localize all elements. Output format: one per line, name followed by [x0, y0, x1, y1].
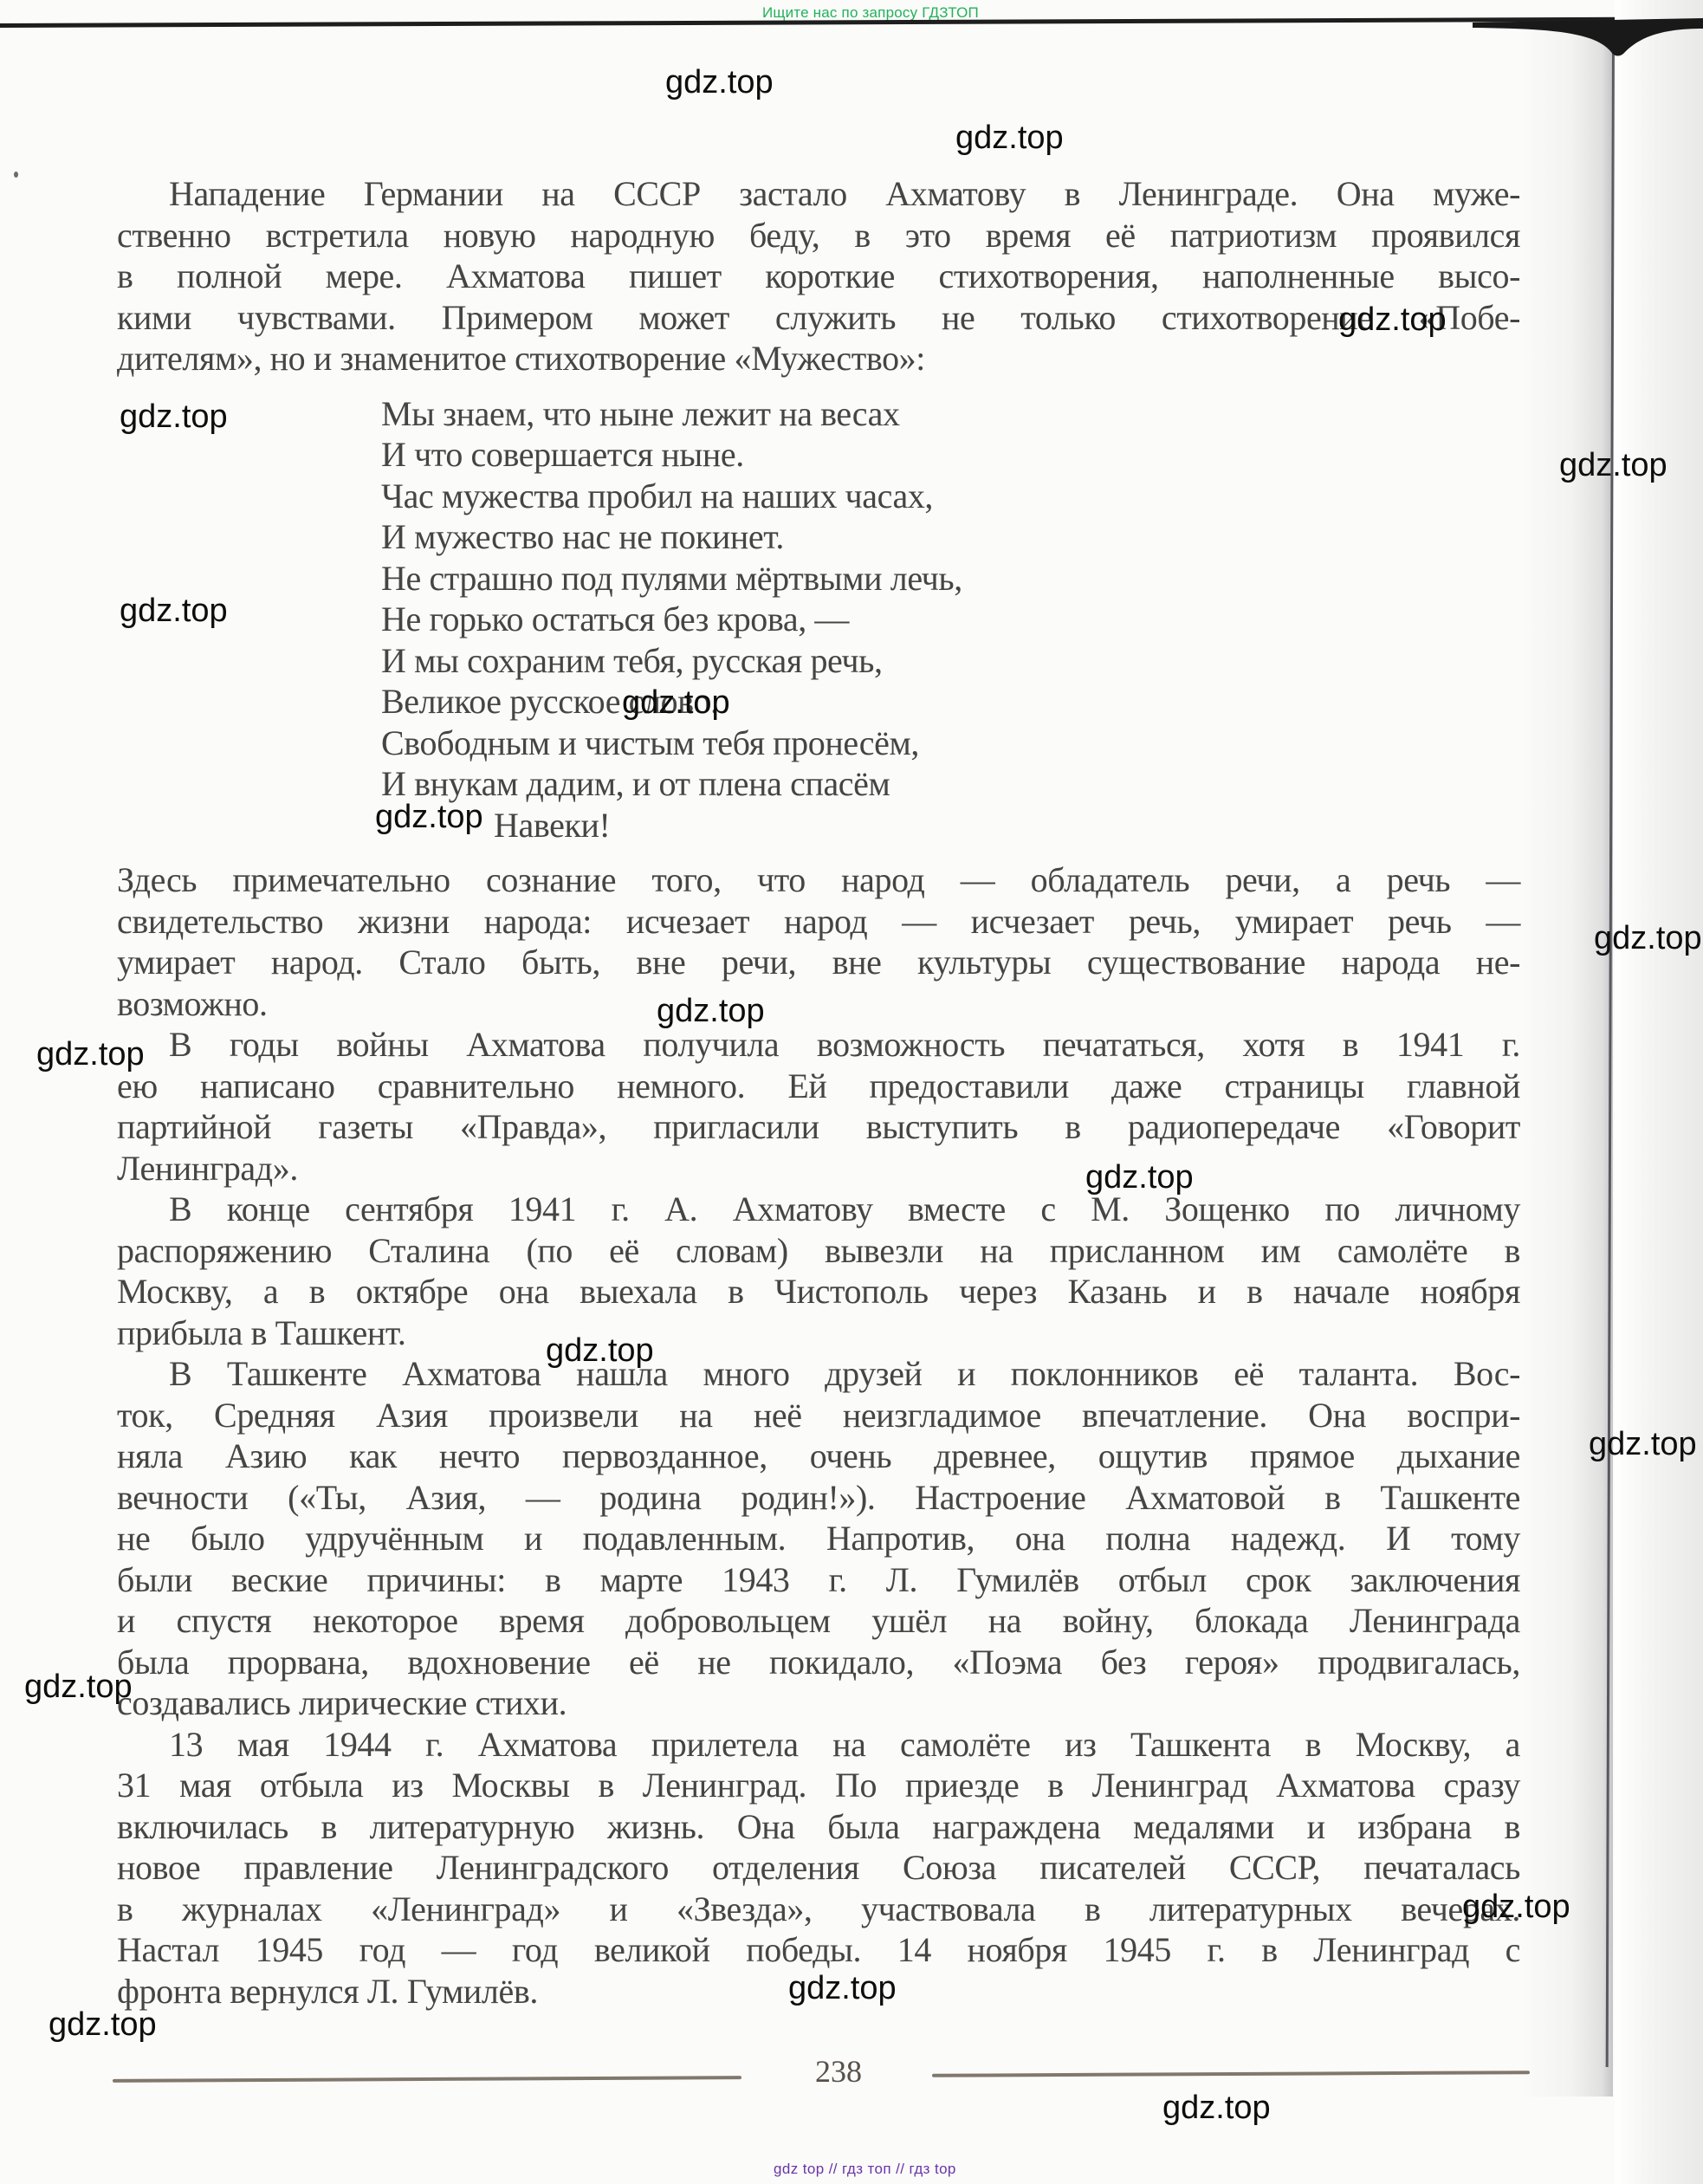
text-line: В Ташкенте Ахматова нашла много друзей и… [117, 1353, 1520, 1395]
text-line: ею написано сравнительно немного. Ей пре… [117, 1066, 1520, 1107]
paragraph: 13 мая 1944 г. Ахматова прилетела на сам… [117, 1724, 1520, 2012]
gdz-watermark: gdz.top [788, 1970, 897, 2007]
gdz-watermark: gdz.top [1462, 1889, 1570, 1926]
gdz-watermark: gdz.top [1559, 447, 1667, 484]
poem: Мы знаем, что ныне лежит на весахИ что с… [381, 393, 1520, 846]
gdz-watermark: gdz.top [1589, 1426, 1697, 1463]
gdz-watermark: gdz.top [1162, 2090, 1271, 2127]
poem-line: Великое русское слово. [381, 681, 1520, 723]
poem-line: И мужество нас не покинет. [381, 516, 1520, 558]
page-corner-fold [1473, 0, 1703, 95]
text-line: В годы войны Ахматова получила возможнос… [117, 1024, 1520, 1066]
scanned-book-page: Ищите нас по запросу ГДЗТОП Нападение Ге… [0, 0, 1703, 2184]
gdz-watermark: gdz.top [120, 399, 228, 436]
paragraph: Нападение Германии на СССР застало Ахмат… [117, 173, 1520, 379]
poem-line: И внукам дадим, и от плена спасём [381, 763, 1520, 805]
text-line: ственно встретила новую народную беду, в… [117, 215, 1520, 256]
footer-rule-right [932, 2071, 1530, 2077]
scan-speck [14, 172, 18, 178]
book-edge-strip [1615, 0, 1703, 2184]
gdz-watermark: gdz.top [49, 2006, 157, 2044]
text-line: дителям», но и знаменитое стихотворение … [117, 338, 1520, 379]
text-line: была прорвана, вдохновение её не покидал… [117, 1642, 1520, 1683]
text-line: ток, Средняя Азия произвели на неё неизг… [117, 1395, 1520, 1436]
text-line: новое правление Ленинградского отделения… [117, 1847, 1520, 1889]
gdz-watermark: gdz.top [36, 1036, 145, 1073]
poem-line: Навеки! [381, 805, 1520, 846]
gdz-watermark: gdz.top [120, 593, 228, 630]
text-line: Москву, а в октябре она выехала в Чистоп… [117, 1271, 1520, 1312]
text-line: прибыла в Ташкент. [117, 1312, 1520, 1354]
text-line: умирает народ. Стало быть, вне речи, вне… [117, 942, 1520, 983]
text-line: вечности («Ты, Азия, — родина родин!»). … [117, 1477, 1520, 1519]
page-curl-shadow [1521, 26, 1613, 2097]
paragraph: В годы войны Ахматова получила возможнос… [117, 1024, 1520, 1189]
text-line: свидетельство жизни народа: исчезает нар… [117, 901, 1520, 943]
gdz-watermark: gdz.top [546, 1332, 654, 1370]
text-line: партийной газеты «Правда», пригласили вы… [117, 1106, 1520, 1148]
text-line: кими чувствами. Примером может служить н… [117, 297, 1520, 339]
text-line: Настал 1945 год — год великой победы. 14… [117, 1929, 1520, 1971]
gdz-watermark: gdz.top [375, 799, 483, 836]
gdz-watermark: gdz.top [622, 684, 730, 722]
text-line: были веские причины: в марте 1943 г. Л. … [117, 1559, 1520, 1601]
text-line: в журналах «Ленинград» и «Звезда», участ… [117, 1889, 1520, 1930]
text-line: и спустя некоторое время добровольцем уш… [117, 1600, 1520, 1642]
text-line: няла Азию как нечто первозданное, очень … [117, 1435, 1520, 1477]
poem-line: И что совершается ныне. [381, 434, 1520, 476]
gdz-watermark: gdz.top [657, 993, 765, 1030]
gdz-watermark: gdz.top [955, 120, 1064, 157]
text-line: Нападение Германии на СССР застало Ахмат… [117, 173, 1520, 215]
poem-line: И мы сохраним тебя, русская речь, [381, 640, 1520, 682]
text-line: распоряжению Сталина (по её словам) выве… [117, 1230, 1520, 1272]
poem-line: Час мужества пробил на наших часах, [381, 476, 1520, 517]
text-line: В конце сентября 1941 г. А. Ахматову вме… [117, 1189, 1520, 1230]
poem-line: Мы знаем, что ныне лежит на весах [381, 393, 1520, 435]
paragraph: В конце сентября 1941 г. А. Ахматову вме… [117, 1189, 1520, 1353]
poem-line: Не страшно под пулями мёртвыми лечь, [381, 558, 1520, 599]
gdz-watermark: gdz.top [1338, 301, 1447, 339]
gdz-watermark: gdz.top [1085, 1159, 1194, 1196]
page-number: 238 [811, 2053, 866, 2090]
text-line: не было удручённым и подавленным. Напрот… [117, 1518, 1520, 1559]
gdz-watermark: gdz.top [1594, 920, 1702, 957]
paragraph: В Ташкенте Ахматова нашла много друзей и… [117, 1353, 1520, 1724]
footer-rule-left [113, 2076, 741, 2083]
text-column: Нападение Германии на СССР застало Ахмат… [117, 173, 1520, 2012]
poem-line: Свободным и чистым тебя пронесём, [381, 723, 1520, 764]
gdz-watermark: gdz.top [24, 1669, 133, 1706]
gdz-watermark: gdz.top [665, 64, 774, 101]
paragraph: Здесь примечательно сознание того, что н… [117, 859, 1520, 1024]
text-line: включилась в литературную жизнь. Она был… [117, 1806, 1520, 1848]
text-line: в полной мере. Ахматова пишет короткие с… [117, 256, 1520, 297]
promo-footer-note: gdz top // гдз топ // гдз top [774, 2161, 956, 2178]
poem-line: Не горько остаться без крова, — [381, 599, 1520, 640]
text-line: Здесь примечательно сознание того, что н… [117, 859, 1520, 901]
text-line: Ленинград». [117, 1148, 1520, 1189]
text-line: возможно. [117, 983, 1520, 1025]
text-line: 31 мая отбыла из Москвы в Ленинград. По … [117, 1765, 1520, 1806]
text-line: создавались лирические стихи. [117, 1682, 1520, 1724]
text-line: 13 мая 1944 г. Ахматова прилетела на сам… [117, 1724, 1520, 1766]
